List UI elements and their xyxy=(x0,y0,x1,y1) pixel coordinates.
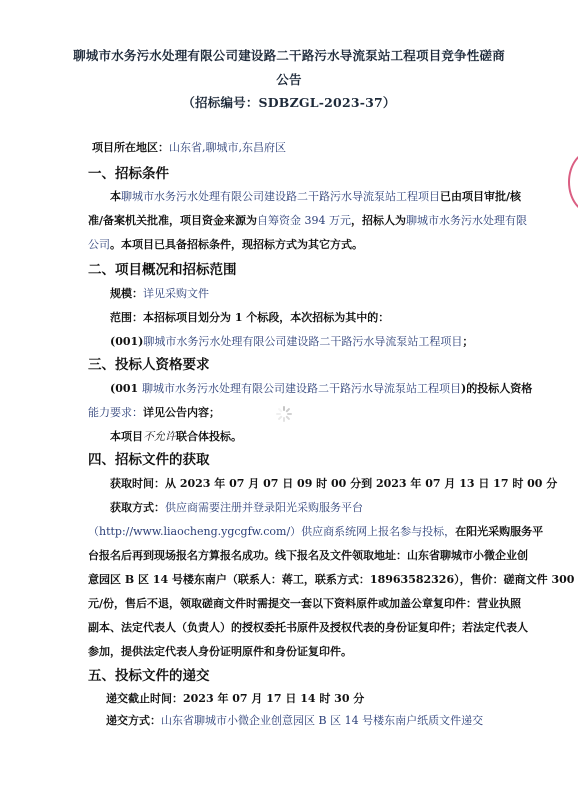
text-bold: (001) xyxy=(110,335,143,348)
tenderer-name: 聊城市水务污水处理有限 xyxy=(406,214,527,227)
section-2-line-1: 规模：详见采购文件 xyxy=(110,285,209,301)
text-bold: 参加，提供法定代表人身份证明原件和身份证复印件。 xyxy=(88,645,352,658)
seal-stamp-icon xyxy=(568,150,578,214)
section-2-line-2: 范围：本招标项目划分为 1 个标段，本次招标为其中的： xyxy=(110,309,389,325)
text-bold: 已由项目审批/核 xyxy=(440,190,521,203)
section-1-line-1: 本聊城市水务污水处理有限公司建设路二干路污水导流泵站工程项目已由项目审批/核 xyxy=(110,188,521,204)
section-5-line-1: 递交截止时间：2023 年 07 月 17 日 14 时 30 分 xyxy=(106,690,364,706)
text-bold: 在阳光采购服务平 xyxy=(455,525,543,538)
text-bold: 。本项目已具备招标条件，现招标方式为其它方式。 xyxy=(110,238,363,251)
text-bold: )的投标人资格 xyxy=(461,382,532,395)
text-bold: 规模： xyxy=(110,287,143,300)
section-4-line-3: （http://www.liaocheng.ygcgfw.com/）供应商系统网… xyxy=(88,523,543,539)
section-heading-2: 二、项目概况和招标范围 xyxy=(88,258,237,278)
platform-url: （http://www.liaocheng.ygcgfw.com/）供应商系统网… xyxy=(88,525,455,538)
text-bold: 范围：本招标项目划分为 1 个标段，本次招标为其中的： xyxy=(110,311,389,324)
funding-amount: 自筹资金 394 万元 xyxy=(257,214,351,227)
text-bold: 本 xyxy=(110,190,121,203)
text-bold: (001 xyxy=(110,382,142,395)
text-filled: 能力要求： xyxy=(88,406,143,419)
section-3-line-2: 能力要求：详见公告内容； xyxy=(88,404,220,420)
text-bold: 准/备案机关批准，项目资金来源为 xyxy=(88,214,257,227)
acquisition-method: 供应商需要注册并登录阳光采购服务平台 xyxy=(165,501,363,514)
section-heading-4: 四、招标文件的获取 xyxy=(88,448,210,468)
acquisition-time: 获取时间：从 2023 年 07 月 07 日 09 时 00 分到 2023 … xyxy=(110,477,557,490)
section-3-line-1: (001 聊城市水务污水处理有限公司建设路二干路污水导流泵站工程项目)的投标人资… xyxy=(110,380,532,396)
region-value: 山东省,聊城市,东昌府区 xyxy=(169,141,286,154)
section-2-line-3: (001)聊城市水务污水处理有限公司建设路二干路污水导流泵站工程项目； xyxy=(110,333,473,349)
text-bold: 台报名后再到现场报名方算报名成功。线下报名及文件领取地址：山东省聊城市小微企业创 xyxy=(88,549,528,562)
section-heading-3: 三、投标人资格要求 xyxy=(88,353,210,373)
submission-deadline: 递交截止时间：2023 年 07 月 17 日 14 时 30 分 xyxy=(106,692,364,705)
text-bold: 联合体投标。 xyxy=(176,430,242,443)
document-title-line2: 公告 xyxy=(0,70,578,88)
contact-info: 意园区 B 区 14 号楼东南户（联系人：蒋工，联系方式：18963582326… xyxy=(88,573,574,586)
text-bold: 元/份，售后不退，领取磋商文件时需提交一套以下资料原件或加盖公章复印件：营业执照 xyxy=(88,597,521,610)
document-title: 聊城市水务污水处理有限公司建设路二干路污水导流泵站工程项目竞争性磋商 xyxy=(0,46,578,64)
text-bold: 详见公告内容； xyxy=(143,406,220,419)
section-5-line-2: 递交方式：山东省聊城市小微企业创意园区 B 区 14 号楼东南户纸质文件递交 xyxy=(106,712,483,728)
section-3-line-3: 本项目不允许联合体投标。 xyxy=(110,428,242,444)
text-bold: 副本、法定代表人（负责人）的授权委托书原件及授权代表的身份证复印件；若法定代表人 xyxy=(88,621,528,634)
section-1-line-3: 公司。本项目已具备招标条件，现招标方式为其它方式。 xyxy=(88,236,363,252)
joint-bid-status: 不允许 xyxy=(143,430,176,443)
section-4-line-6: 元/份，售后不退，领取磋商文件时需提交一套以下资料原件或加盖公章复印件：营业执照 xyxy=(88,595,521,611)
lot-name: 聊城市水务污水处理有限公司建设路二干路污水导流泵站工程项目 xyxy=(143,335,462,348)
bid-number: （招标编号：SDBZGL-2023-37） xyxy=(0,93,578,111)
section-4-line-8: 参加，提供法定代表人身份证明原件和身份证复印件。 xyxy=(88,643,352,659)
section-4-line-5: 意园区 B 区 14 号楼东南户（联系人：蒋工，联系方式：18963582326… xyxy=(88,571,574,587)
text-filled: 聊城市水务污水处理有限公司建设路二干路污水导流泵站工程项目 xyxy=(121,190,440,203)
text-bold: ，招标人为 xyxy=(351,214,406,227)
region-label: 项目所在地区： xyxy=(92,141,169,154)
text-filled: 公司 xyxy=(88,238,110,251)
section-4-line-7: 副本、法定代表人（负责人）的授权委托书原件及授权代表的身份证复印件；若法定代表人 xyxy=(88,619,528,635)
section-4-line-2: 获取方式：供应商需要注册并登录阳光采购服务平台 xyxy=(110,499,363,515)
section-1-line-2: 准/备案机关批准，项目资金来源为自筹资金 394 万元，招标人为聊城市水务污水处… xyxy=(88,212,527,228)
text-bold: 递交方式： xyxy=(106,714,161,727)
text-bold: 本项目 xyxy=(110,430,143,443)
section-4-line-1: 获取时间：从 2023 年 07 月 07 日 09 时 00 分到 2023 … xyxy=(110,475,557,491)
lot-name: 聊城市水务污水处理有限公司建设路二干路污水导流泵站工程项目 xyxy=(142,382,461,395)
scale-value: 详见采购文件 xyxy=(143,287,209,300)
text-bold: 获取方式： xyxy=(110,501,165,514)
text-bold: ； xyxy=(462,335,473,348)
document-page: 聊城市水务污水处理有限公司建设路二干路污水导流泵站工程项目竞争性磋商 公告 （招… xyxy=(0,0,578,800)
section-4-line-4: 台报名后再到现场报名方算报名成功。线下报名及文件领取地址：山东省聊城市小微企业创 xyxy=(88,547,528,563)
submission-method: 山东省聊城市小微企业创意园区 B 区 14 号楼东南户纸质文件递交 xyxy=(161,714,483,727)
loading-spinner-icon xyxy=(276,406,292,422)
project-region: 项目所在地区：山东省,聊城市,东昌府区 xyxy=(92,139,286,155)
section-heading-1: 一、招标条件 xyxy=(88,162,169,182)
section-heading-5: 五、投标文件的递交 xyxy=(88,664,210,684)
